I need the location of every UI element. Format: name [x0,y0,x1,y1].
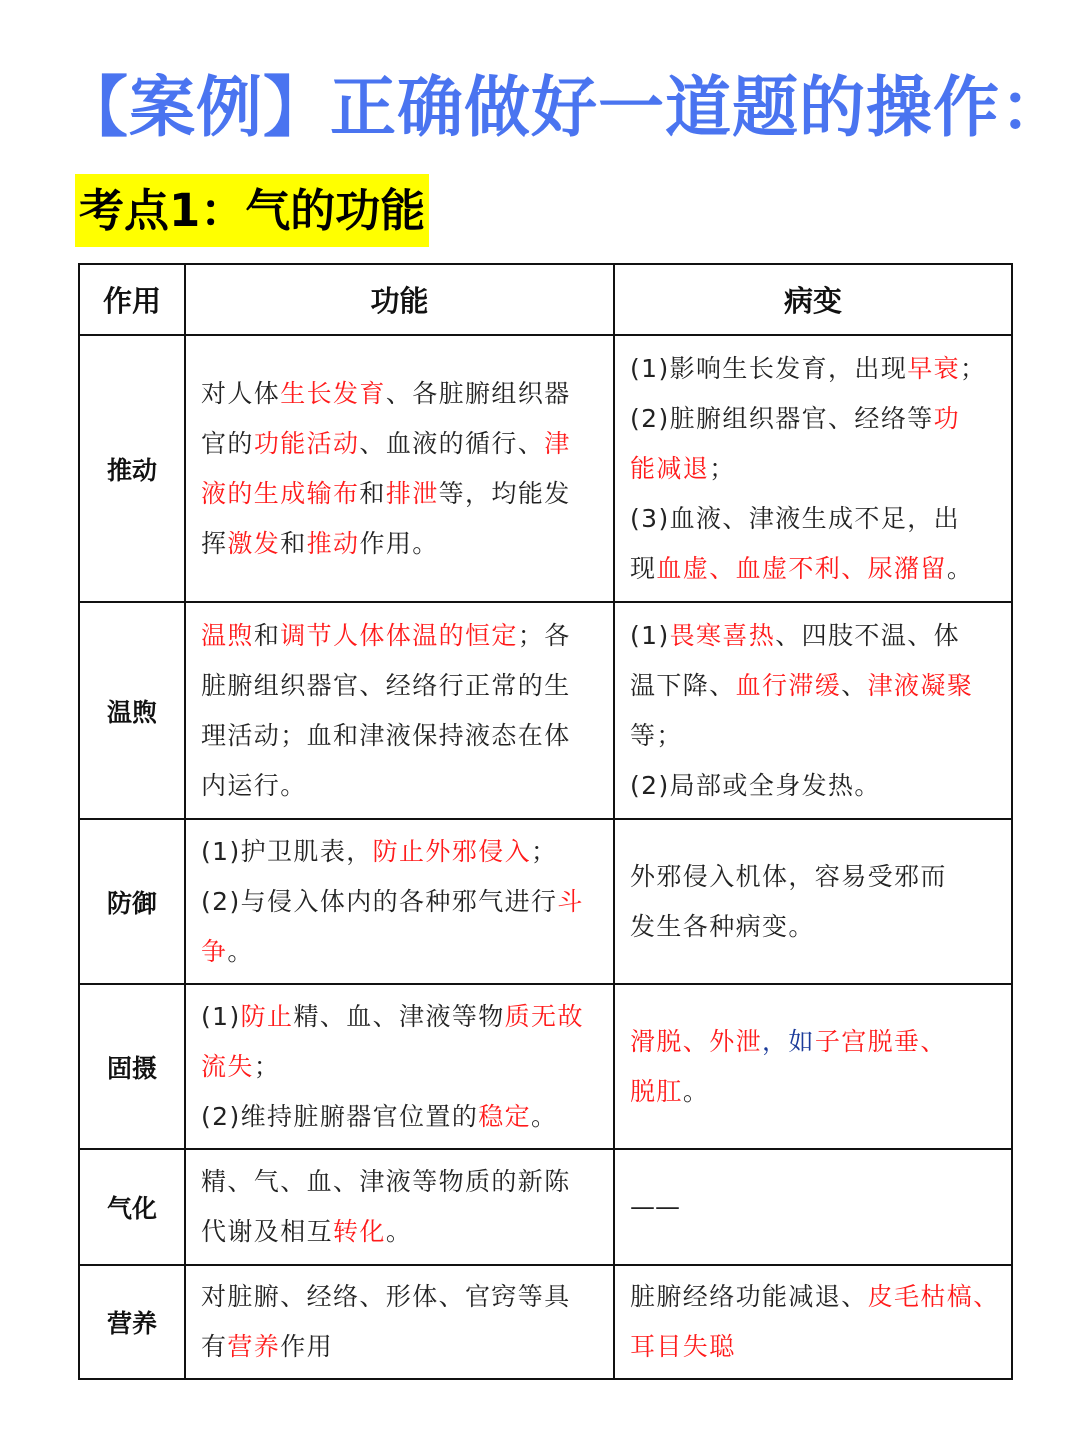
text-line: (2)与侵入体内的各种邪气进行斗 [201,877,601,927]
text-segment: 代谢及相互 [201,1217,333,1246]
highlighted-term: 功能活动 [254,429,360,458]
text-line: 温煦和调节人体体温的恒定；各 [201,611,601,661]
pathology-cell: (1)畏寒喜热、四肢不温、体温下降、血行滞缓、津液凝聚等；(2)局部或全身发热。 [614,602,1012,819]
row-label: 气化 [79,1149,185,1265]
text-line: —— [630,1182,999,1232]
highlighted-term: 激发 [227,529,280,558]
highlighted-term: 排泄 [386,479,439,508]
text-segment: ； [531,837,557,866]
table-row: 气化 精、气、血、津液等物质的新陈代谢及相互转化。 —— [79,1149,1012,1265]
text-line: 有营养作用 [201,1322,601,1372]
highlighted-term: 津液凝聚 [868,671,974,700]
row-label: 温煦 [79,602,185,819]
function-cell: 温煦和调节人体体温的恒定；各脏腑组织器官、经络行正常的生理活动；血和津液保持液态… [185,602,614,819]
highlighted-term: 温煦 [201,621,254,650]
text-segment: 等； [630,721,683,750]
highlighted-term: 液的生成输布 [201,479,359,508]
text-line: 对人体生长发育、各脏腑组织器 [201,369,601,419]
row-label: 推动 [79,335,185,602]
text-line: (2)脏腑组织器官、经络等功 [630,394,999,444]
text-segment: 有 [201,1332,227,1361]
highlighted-term: 生长发育 [280,379,386,408]
text-line: 脱肛。 [630,1067,999,1117]
highlighted-term: 脱肛 [630,1077,683,1106]
row-label: 营养 [79,1265,185,1379]
text-segment: (1)护卫肌表， [201,837,373,866]
text-segment: 和 [280,529,306,558]
text-segment: 外邪侵入机体，容易受邪而 [630,862,947,891]
text-line: 理活动；血和津液保持液态在体 [201,711,601,761]
text-line: 现血虚、血虚不利、尿潴留。 [630,544,999,594]
text-segment: 、各脏腑组织器 [386,379,571,408]
table-row: 营养 对脏腑、经络、形体、官窍等具有营养作用 脏腑经络功能减退、皮毛枯槁、耳目失… [79,1265,1012,1379]
text-segment: (1)影响生长发育，出现 [630,354,907,383]
text-segment: (3)血液、津液生成不足，出 [630,504,960,533]
text-line: 滑脱、外泄，如子宫脱垂、 [630,1017,999,1067]
text-segment: —— [630,1192,680,1221]
text-segment: 内运行。 [201,771,307,800]
highlighted-term: 皮毛枯槁、 [868,1282,1000,1311]
highlighted-term: 早衰 [907,354,960,383]
text-segment: 、四肢不温、体 [775,621,960,650]
text-line: 挥激发和推动作用。 [201,519,601,569]
text-segment: (2)与侵入体内的各种邪气进行 [201,887,557,916]
highlighted-term: 调节人体体温的恒定 [280,621,518,650]
highlighted-term: 津 [544,429,570,458]
text-line: (1)影响生长发育，出现早衰； [630,344,999,394]
highlighted-term: 流失 [201,1052,254,1081]
highlighted-term: 营养 [227,1332,280,1361]
text-line: 能减退； [630,444,999,494]
text-segment: 。 [227,937,253,966]
highlighted-term: 防止外邪侵入 [373,837,531,866]
text-segment: 现 [630,554,656,583]
text-line: (1)防止精、血、津液等物质无故 [201,992,601,1042]
pathology-cell: 外邪侵入机体，容易受邪而发生各种病变。 [614,819,1012,984]
text-segment: (2)脏腑组织器官、经络等 [630,404,934,433]
text-segment: 、 [841,671,867,700]
highlighted-term: 血行滞缓 [736,671,842,700]
highlighted-term: 子宫脱垂、 [815,1027,947,1056]
text-segment: 。 [531,1102,557,1131]
text-segment: 脏腑经络功能减退、 [630,1282,868,1311]
text-segment: ； [960,354,986,383]
text-segment: 。 [386,1217,412,1246]
text-line: 官的功能活动、血液的循行、津 [201,419,601,469]
text-line: 耳目失聪 [630,1322,999,1372]
page-title: 【案例】正确做好一道题的操作： [62,68,1022,148]
highlighted-term: 争 [201,937,227,966]
highlighted-term: 稳定 [478,1102,531,1131]
column-header-pathology: 病变 [614,264,1012,335]
function-cell: (1)护卫肌表，防止外邪侵入；(2)与侵入体内的各种邪气进行斗争。 [185,819,614,984]
text-line: 代谢及相互转化。 [201,1207,601,1257]
text-segment: 等，均能发 [439,479,571,508]
pathology-cell: 脏腑经络功能减退、皮毛枯槁、耳目失聪 [614,1265,1012,1379]
text-segment: 作用 [280,1332,333,1361]
function-cell: 对人体生长发育、各脏腑组织器官的功能活动、血液的循行、津液的生成输布和排泄等，均… [185,335,614,602]
text-line: 脏腑经络功能减退、皮毛枯槁、 [630,1272,999,1322]
highlighted-term: 滑脱、外泄 [630,1027,762,1056]
table-row: 固摄 (1)防止精、血、津液等物质无故流失；(2)维持脏腑器官位置的稳定。 滑脱… [79,984,1012,1149]
highlighted-term: 转化 [333,1217,386,1246]
text-segment: (1) [630,621,670,650]
text-segment: ； [709,454,735,483]
text-segment: (2)维持脏腑器官位置的 [201,1102,478,1131]
text-segment: 和 [359,479,385,508]
text-segment: (1) [201,1002,241,1031]
text-segment: 作用。 [359,529,438,558]
text-line: 精、气、血、津液等物质的新陈 [201,1157,601,1207]
text-segment: ； [254,1052,280,1081]
row-label: 防御 [79,819,185,984]
text-segment: 和 [254,621,280,650]
text-segment: 官的 [201,429,254,458]
text-line: (1)护卫肌表，防止外邪侵入； [201,827,601,877]
text-line: (1)畏寒喜热、四肢不温、体 [630,611,999,661]
highlighted-term: 防止 [241,1002,294,1031]
text-segment: 对脏腑、经络、形体、官窍等具 [201,1282,571,1311]
highlighted-term: 畏寒喜热 [670,621,776,650]
text-segment: 理活动；血和津液保持液态在体 [201,721,571,750]
text-line: (3)血液、津液生成不足，出 [630,494,999,544]
text-line: (2)维持脏腑器官位置的稳定。 [201,1092,601,1142]
function-cell: 对脏腑、经络、形体、官窍等具有营养作用 [185,1265,614,1379]
text-line: 外邪侵入机体，容易受邪而 [630,852,999,902]
text-line: 对脏腑、经络、形体、官窍等具 [201,1272,601,1322]
highlighted-term: 耳目失聪 [630,1332,736,1361]
highlighted-term: 功 [934,404,960,433]
pathology-cell: 滑脱、外泄，如子宫脱垂、脱肛。 [614,984,1012,1149]
text-segment: 。 [683,1077,709,1106]
highlighted-term: 推动 [307,529,360,558]
text-segment: (2)局部或全身发热。 [630,771,881,800]
text-line: 温下降、血行滞缓、津液凝聚 [630,661,999,711]
blue-text: ，如 [762,1027,815,1056]
pathology-cell: —— [614,1149,1012,1265]
text-line: 等； [630,711,999,761]
table-row: 推动 对人体生长发育、各脏腑组织器官的功能活动、血液的循行、津液的生成输布和排泄… [79,335,1012,602]
text-segment: 对人体 [201,379,280,408]
function-cell: 精、气、血、津液等物质的新陈代谢及相互转化。 [185,1149,614,1265]
text-segment: 精、血、津液等物 [293,1002,504,1031]
text-segment: 。 [947,554,973,583]
highlighted-term: 斗 [557,887,583,916]
highlighted-term: 质无故 [505,1002,584,1031]
text-line: 流失； [201,1042,601,1092]
text-line: (2)局部或全身发热。 [630,761,999,811]
table-header-row: 作用 功能 病变 [79,264,1012,335]
column-header-function: 功能 [185,264,614,335]
text-segment: 发生各种病变。 [630,912,815,941]
function-cell: (1)防止精、血、津液等物质无故流失；(2)维持脏腑器官位置的稳定。 [185,984,614,1149]
text-line: 发生各种病变。 [630,902,999,952]
text-segment: ；各 [518,621,571,650]
pathology-cell: (1)影响生长发育，出现早衰；(2)脏腑组织器官、经络等功能减退；(3)血液、津… [614,335,1012,602]
section-heading-highlighted: 考点1：气的功能 [75,174,429,247]
table-row: 防御 (1)护卫肌表，防止外邪侵入；(2)与侵入体内的各种邪气进行斗争。 外邪侵… [79,819,1012,984]
text-segment: 脏腑组织器官、经络行正常的生 [201,671,571,700]
qi-functions-table: 作用 功能 病变 推动 对人体生长发育、各脏腑组织器官的功能活动、血液的循行、津… [78,263,1013,1380]
text-line: 争。 [201,927,601,977]
text-segment: 精、气、血、津液等物质的新陈 [201,1167,571,1196]
text-segment: 温下降、 [630,671,736,700]
highlighted-term: 能减退 [630,454,709,483]
table-row: 温煦 温煦和调节人体体温的恒定；各脏腑组织器官、经络行正常的生理活动；血和津液保… [79,602,1012,819]
column-header-role: 作用 [79,264,185,335]
text-line: 内运行。 [201,761,601,811]
text-line: 液的生成输布和排泄等，均能发 [201,469,601,519]
text-segment: 挥 [201,529,227,558]
row-label: 固摄 [79,984,185,1149]
text-segment: 、血液的循行、 [359,429,544,458]
text-line: 脏腑组织器官、经络行正常的生 [201,661,601,711]
highlighted-term: 血虚、血虚不利、尿潴留 [656,554,946,583]
